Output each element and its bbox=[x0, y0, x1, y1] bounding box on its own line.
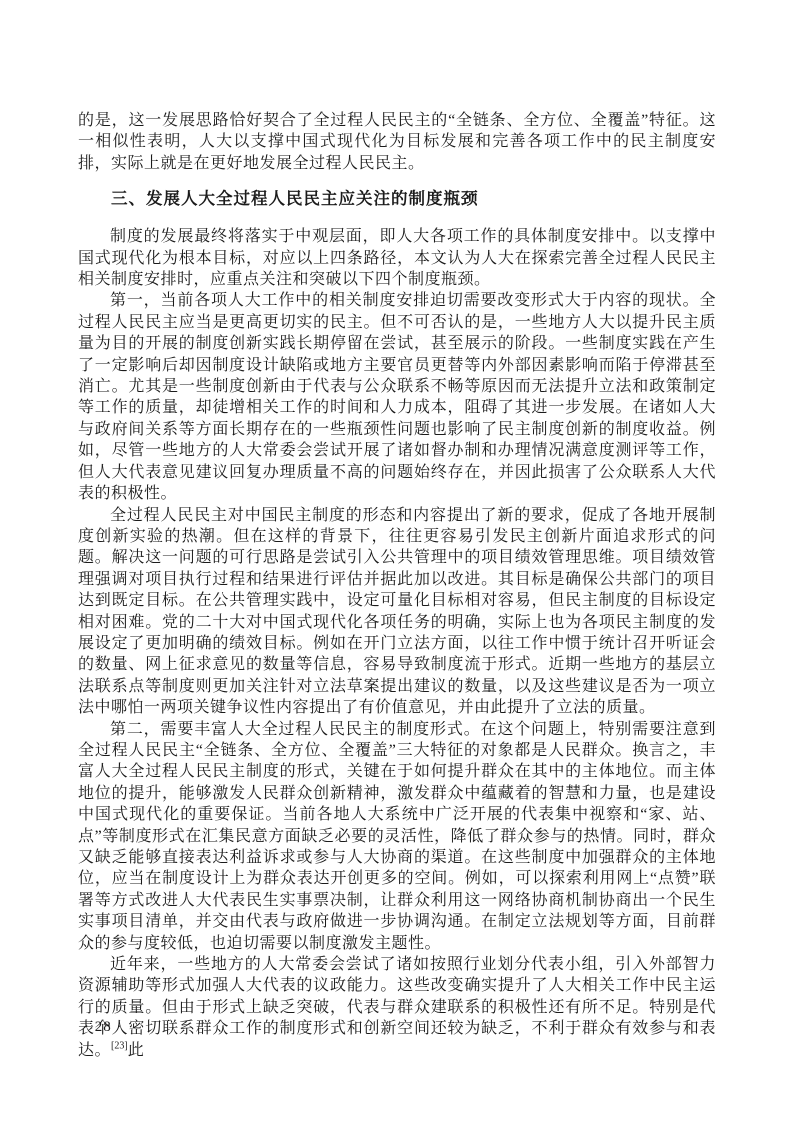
section-heading: 三、发展人大全过程人民民主应关注的制度瓶颈 bbox=[78, 188, 716, 210]
document-page: 的是，这一发展思路恰好契合了全过程人民民主的“全链条、全方位、全覆盖”特征。这一… bbox=[0, 0, 793, 1122]
closing-paragraph-tail: 此 bbox=[128, 1042, 145, 1059]
paragraph: 全过程人民民主对中国民主制度的形态和内容提出了新的要求，促成了各地开展制度创新实… bbox=[78, 505, 716, 719]
paragraph-closing: 近年来，一些地方的人大常委会尝试了诸如按照行业划分代表小组，引入外部智力资源辅助… bbox=[78, 954, 716, 1061]
page-body: 的是，这一发展思路恰好契合了全过程人民民主的“全链条、全方位、全覆盖”特征。这一… bbox=[78, 110, 716, 1061]
paragraph: 制度的发展最终将落实于中观层面，即人大各项工作的具体制度安排中。以支撑中国式现代… bbox=[78, 226, 716, 290]
page-number: · 28 · bbox=[84, 1019, 123, 1036]
paragraph: 第一，当前各项人大工作中的相关制度安排迫切需要改变形式大于内容的现状。全过程人民… bbox=[78, 290, 716, 504]
paragraph-continuation: 的是，这一发展思路恰好契合了全过程人民民主的“全链条、全方位、全覆盖”特征。这一… bbox=[78, 110, 716, 174]
paragraph: 第二，需要丰富人大全过程人民民主的制度形式。在这个问题上，特别需要注意到全过程人… bbox=[78, 719, 716, 954]
closing-paragraph-text: 近年来，一些地方的人大常委会尝试了诸如按照行业划分代表小组，引入外部智力资源辅助… bbox=[78, 956, 716, 1059]
footnote-ref: [23] bbox=[111, 1040, 128, 1051]
